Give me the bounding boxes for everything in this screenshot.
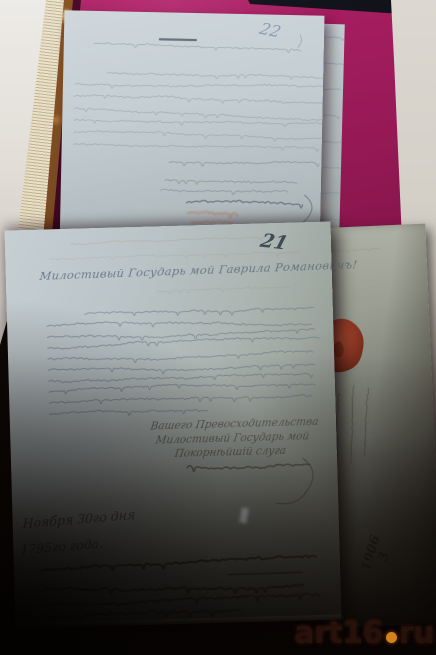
handwriting-stroke <box>302 195 312 223</box>
handwriting-stroke <box>188 211 237 217</box>
watermark-text-right: ru <box>399 616 434 651</box>
handwriting-stroke <box>165 179 297 187</box>
handwriting-stroke <box>186 199 302 208</box>
handwriting-stroke <box>228 572 302 574</box>
handwriting-stroke <box>324 89 340 91</box>
handwriting-stroke <box>187 462 310 471</box>
handwriting-stroke <box>160 39 196 40</box>
handwriting-stroke <box>48 336 320 350</box>
handwriting-stroke <box>323 141 342 143</box>
handwriting-stroke <box>48 350 313 365</box>
handwriting-stroke <box>71 236 283 246</box>
handwriting-stroke <box>325 63 343 65</box>
paper-ring-mark <box>350 388 396 434</box>
handwriting-stroke <box>75 94 324 105</box>
handwriting-stroke <box>323 115 339 119</box>
letter-page-22: 22 <box>60 10 325 252</box>
handwriting-stroke <box>161 188 288 196</box>
handwriting-stroke <box>50 407 208 417</box>
closing-block: Вашего Превосходительства Милостивый Гос… <box>145 415 319 462</box>
museum-photo: 22 1906 3 21 Милостивый Государь м <box>0 0 436 655</box>
letter-22-handwriting <box>60 10 325 252</box>
handwriting-stroke <box>325 37 344 41</box>
handwriting-stroke <box>85 306 314 319</box>
paper-ring-mark <box>338 376 409 447</box>
handwriting-stroke <box>298 35 302 47</box>
handwriting-stroke <box>48 362 314 377</box>
letter-page-21: 21 Милостивый Государь мой Гаврила Роман… <box>5 222 342 629</box>
handwriting-stroke <box>94 42 301 52</box>
handwriting-stroke <box>74 108 324 121</box>
handwriting-stroke <box>156 286 289 294</box>
handwriting-stroke <box>107 71 324 81</box>
handwriting-stroke <box>321 219 340 221</box>
handwriting-stroke <box>74 130 325 143</box>
handwriting-stroke <box>49 372 313 384</box>
watermark-text-left: art16 <box>294 616 383 651</box>
handwriting-stroke <box>169 159 319 169</box>
handwriting-stroke <box>74 142 319 152</box>
handwriting-stroke <box>49 393 312 406</box>
handwriting-stroke <box>322 167 341 168</box>
handwriting-stroke <box>321 192 338 194</box>
handwriting-stroke <box>75 80 324 92</box>
watermark-dot-icon <box>386 632 397 643</box>
watermark: art16 ru <box>294 616 434 651</box>
handwriting-stroke <box>47 316 312 332</box>
handwriting-stroke <box>364 388 369 457</box>
handwriting-stroke <box>42 555 317 572</box>
handwriting-stroke <box>49 380 315 394</box>
handwriting-stroke <box>192 220 232 223</box>
handwriting-stroke <box>42 593 320 607</box>
